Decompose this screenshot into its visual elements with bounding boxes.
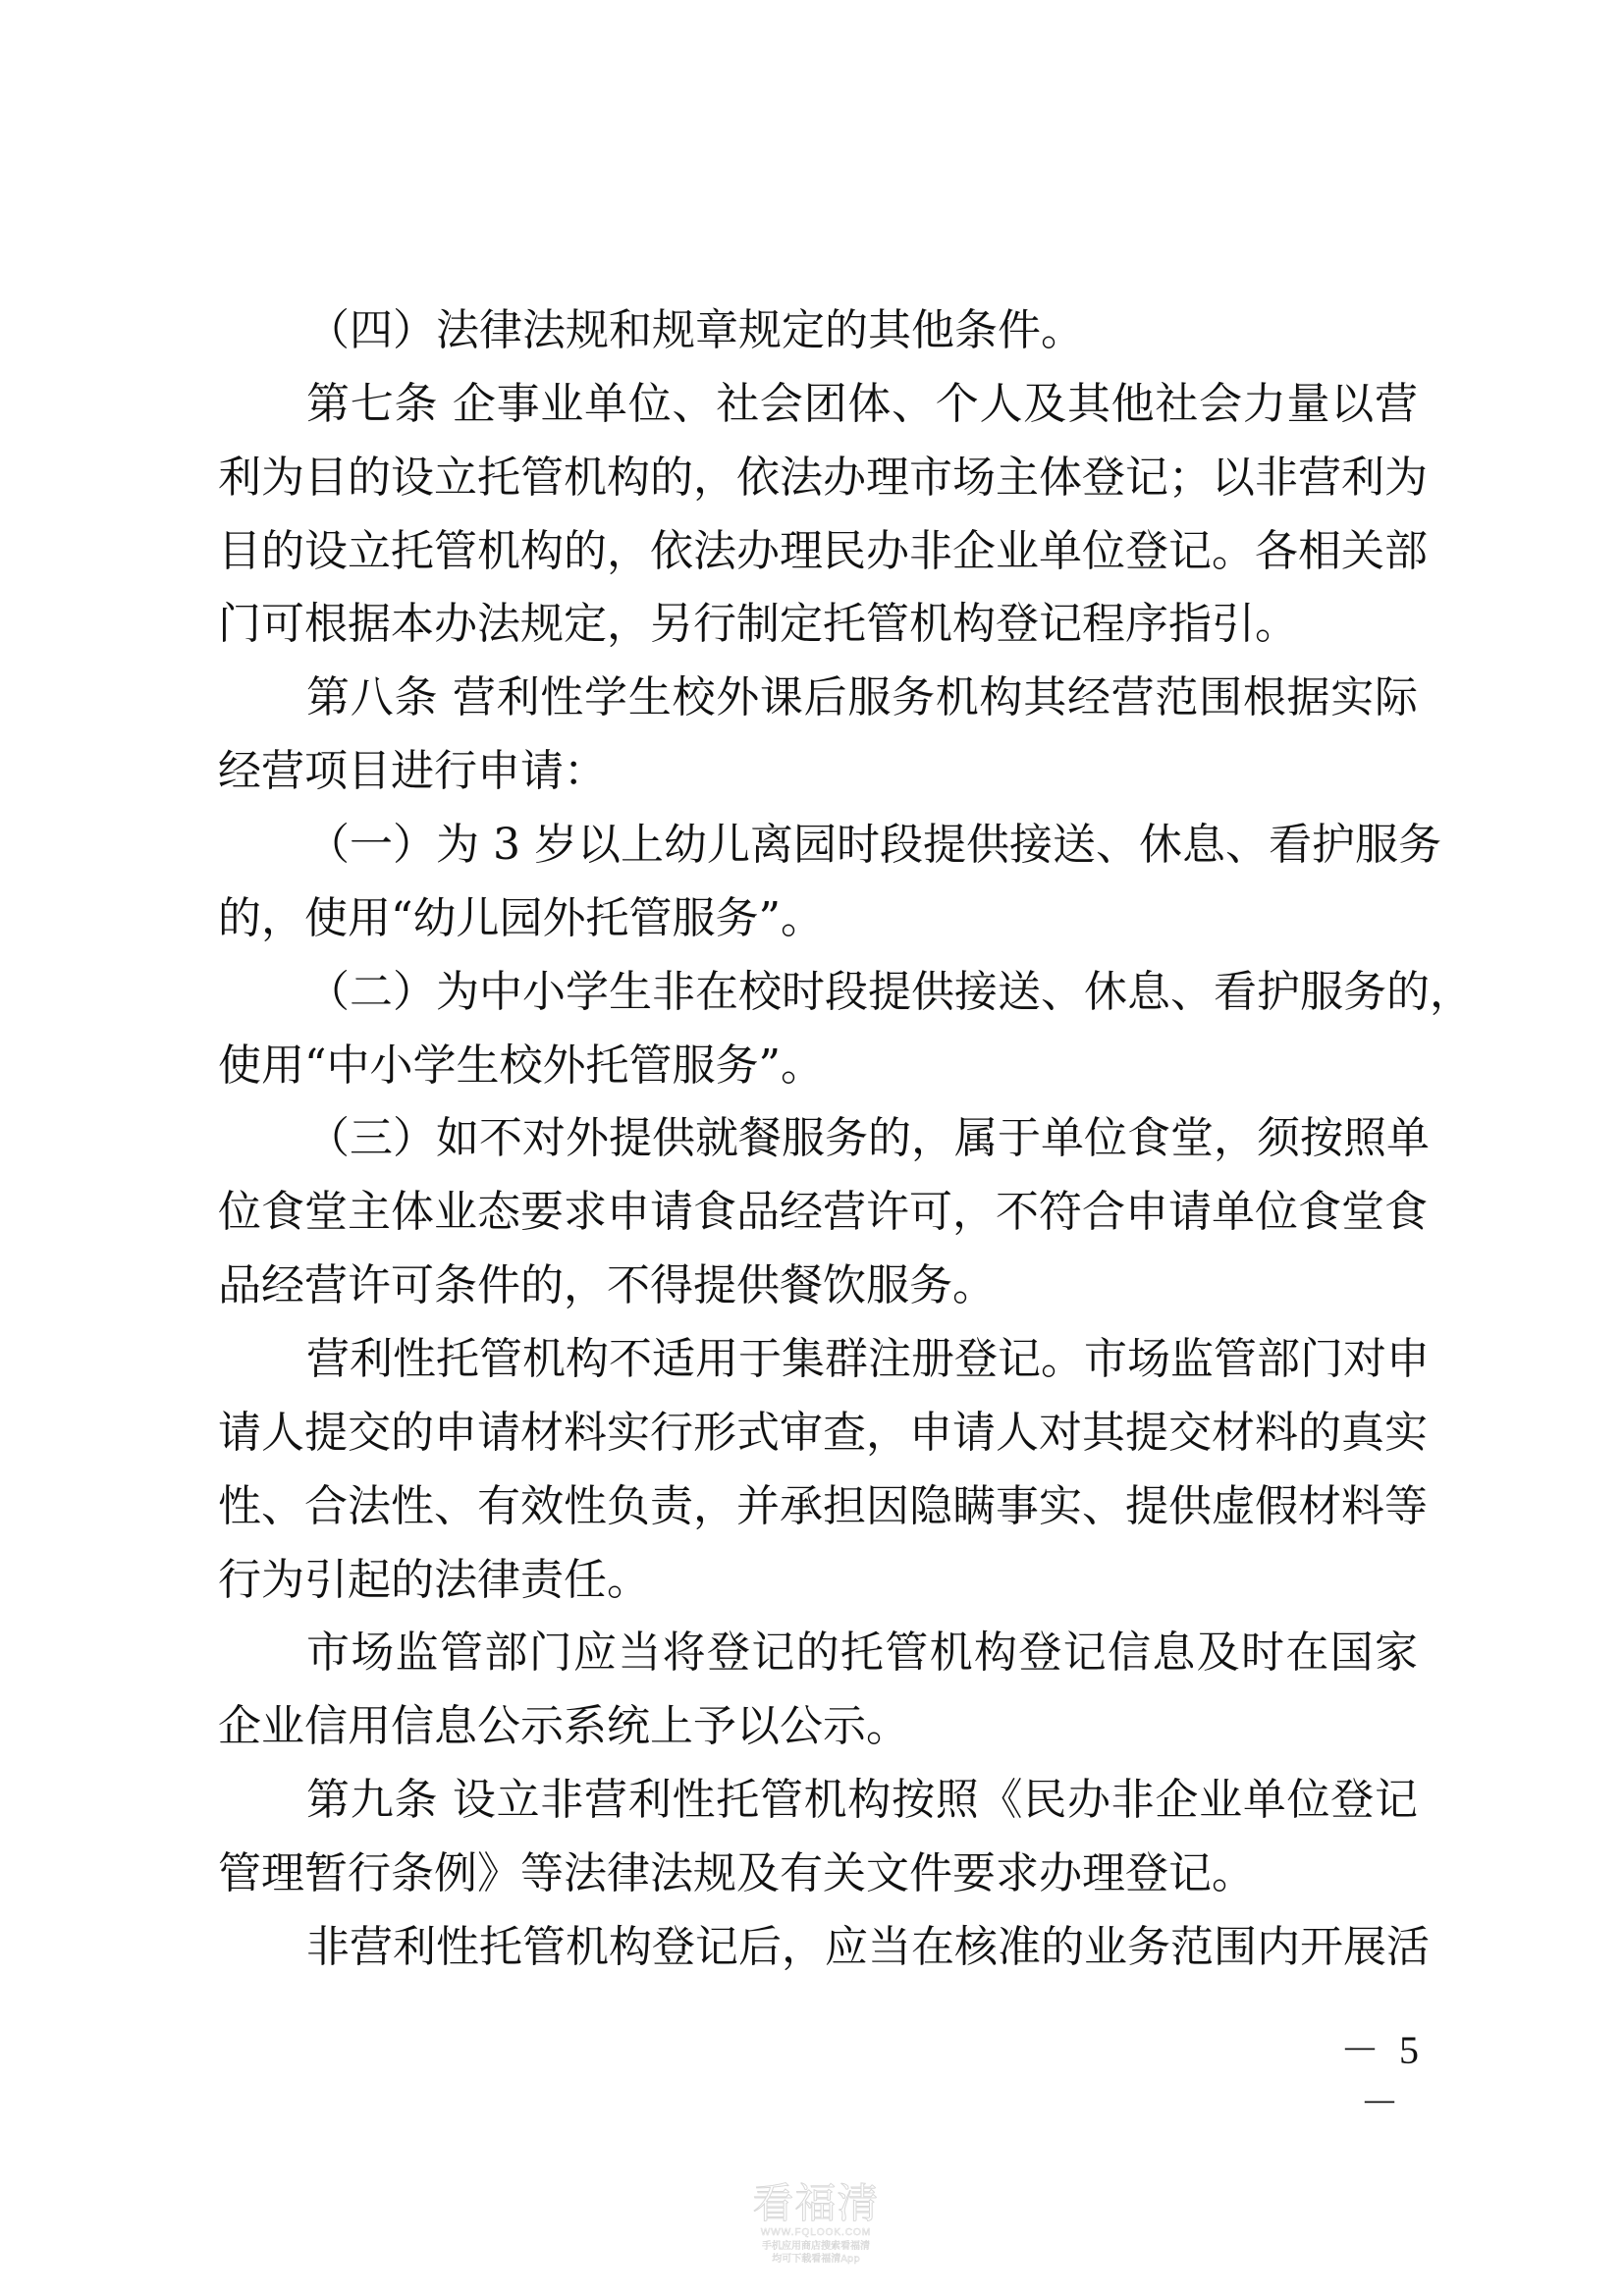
paragraph-publicity: 市场监管部门应当将登记的托管机构登记信息及时在国家 <box>218 1617 1418 1690</box>
article-8-item-3: 品经营许可条件的，不得提供餐饮服务。 <box>218 1250 1418 1323</box>
article-9-line: 管理暂行条例》等法律法规及有关文件要求办理登记。 <box>218 1838 1418 1911</box>
paragraph-registration: 性、合法性、有效性负责，并承担因隐瞒事实、提供虚假材料等 <box>218 1470 1418 1544</box>
article-9-line: 第九条 设立非营利性托管机构按照《民办非企业单位登记 <box>218 1764 1418 1838</box>
article-8-line: 第八条 营利性学生校外课后服务机构其经营范围根据实际 <box>218 662 1418 735</box>
article-8-item-2: （二）为中小学生非在校时段提供接送、休息、看护服务的， <box>218 956 1418 1030</box>
article-8-item-1: （一）为 3 岁以上幼儿离园时段提供接送、休息、看护服务 <box>218 809 1418 882</box>
watermark-logo: 看福清 <box>744 2181 888 2226</box>
paragraph-registration: 营利性托管机构不适用于集群注册登记。市场监管部门对申 <box>218 1323 1418 1397</box>
article-8-item-1: 的，使用“幼儿园外托管服务”。 <box>218 882 1418 956</box>
paragraph-registration: 行为引起的法律责任。 <box>218 1544 1418 1618</box>
paragraph-nonprofit: 非营利性托管机构登记后，应当在核准的业务范围内开展活 <box>218 1911 1418 1985</box>
article-7-line: 门可根据本办法规定，另行制定托管机构登记程序指引。 <box>218 588 1418 662</box>
article-8-item-3: （三）如不对外提供就餐服务的，属于单位食堂，须按照单 <box>218 1102 1418 1176</box>
clause-item-4: （四）法律法规和规章规定的其他条件。 <box>218 294 1418 368</box>
article-7-line: 利为目的设立托管机构的，依法办理市场主体登记；以非营利为 <box>218 442 1418 515</box>
body-text: （四）法律法规和规章规定的其他条件。 第七条 企事业单位、社会团体、个人及其他社… <box>218 294 1418 1985</box>
document-page: （四）法律法规和规章规定的其他条件。 第七条 企事业单位、社会团体、个人及其他社… <box>0 0 1624 2296</box>
article-7-line: 目的设立托管机构的，依法办理民办非企业单位登记。各相关部 <box>218 515 1418 589</box>
article-8-item-3: 位食堂主体业态要求申请食品经营许可，不符合申请单位食堂食 <box>218 1176 1418 1250</box>
watermark-url: WWW.FQLOOK.COM <box>744 2226 888 2240</box>
paragraph-registration: 请人提交的申请材料实行形式审查，申请人对其提交材料的真实 <box>218 1397 1418 1470</box>
watermark-tip-line2: 均可下载看福清App <box>744 2253 888 2266</box>
watermark: 看福清 WWW.FQLOOK.COM 手机应用商店搜索看福清 均可下载看福清Ap… <box>744 2181 888 2279</box>
article-8-line: 经营项目进行申请： <box>218 735 1418 809</box>
article-7-line: 第七条 企事业单位、社会团体、个人及其他社会力量以营 <box>218 368 1418 442</box>
article-8-item-2: 使用“中小学生校外托管服务”。 <box>218 1030 1418 1103</box>
paragraph-publicity: 企业信用信息公示系统上予以公示。 <box>218 1690 1418 1764</box>
watermark-tip-line1: 手机应用商店搜索看福清 <box>744 2240 888 2253</box>
page-number: － 5 － <box>1326 2024 1434 2077</box>
